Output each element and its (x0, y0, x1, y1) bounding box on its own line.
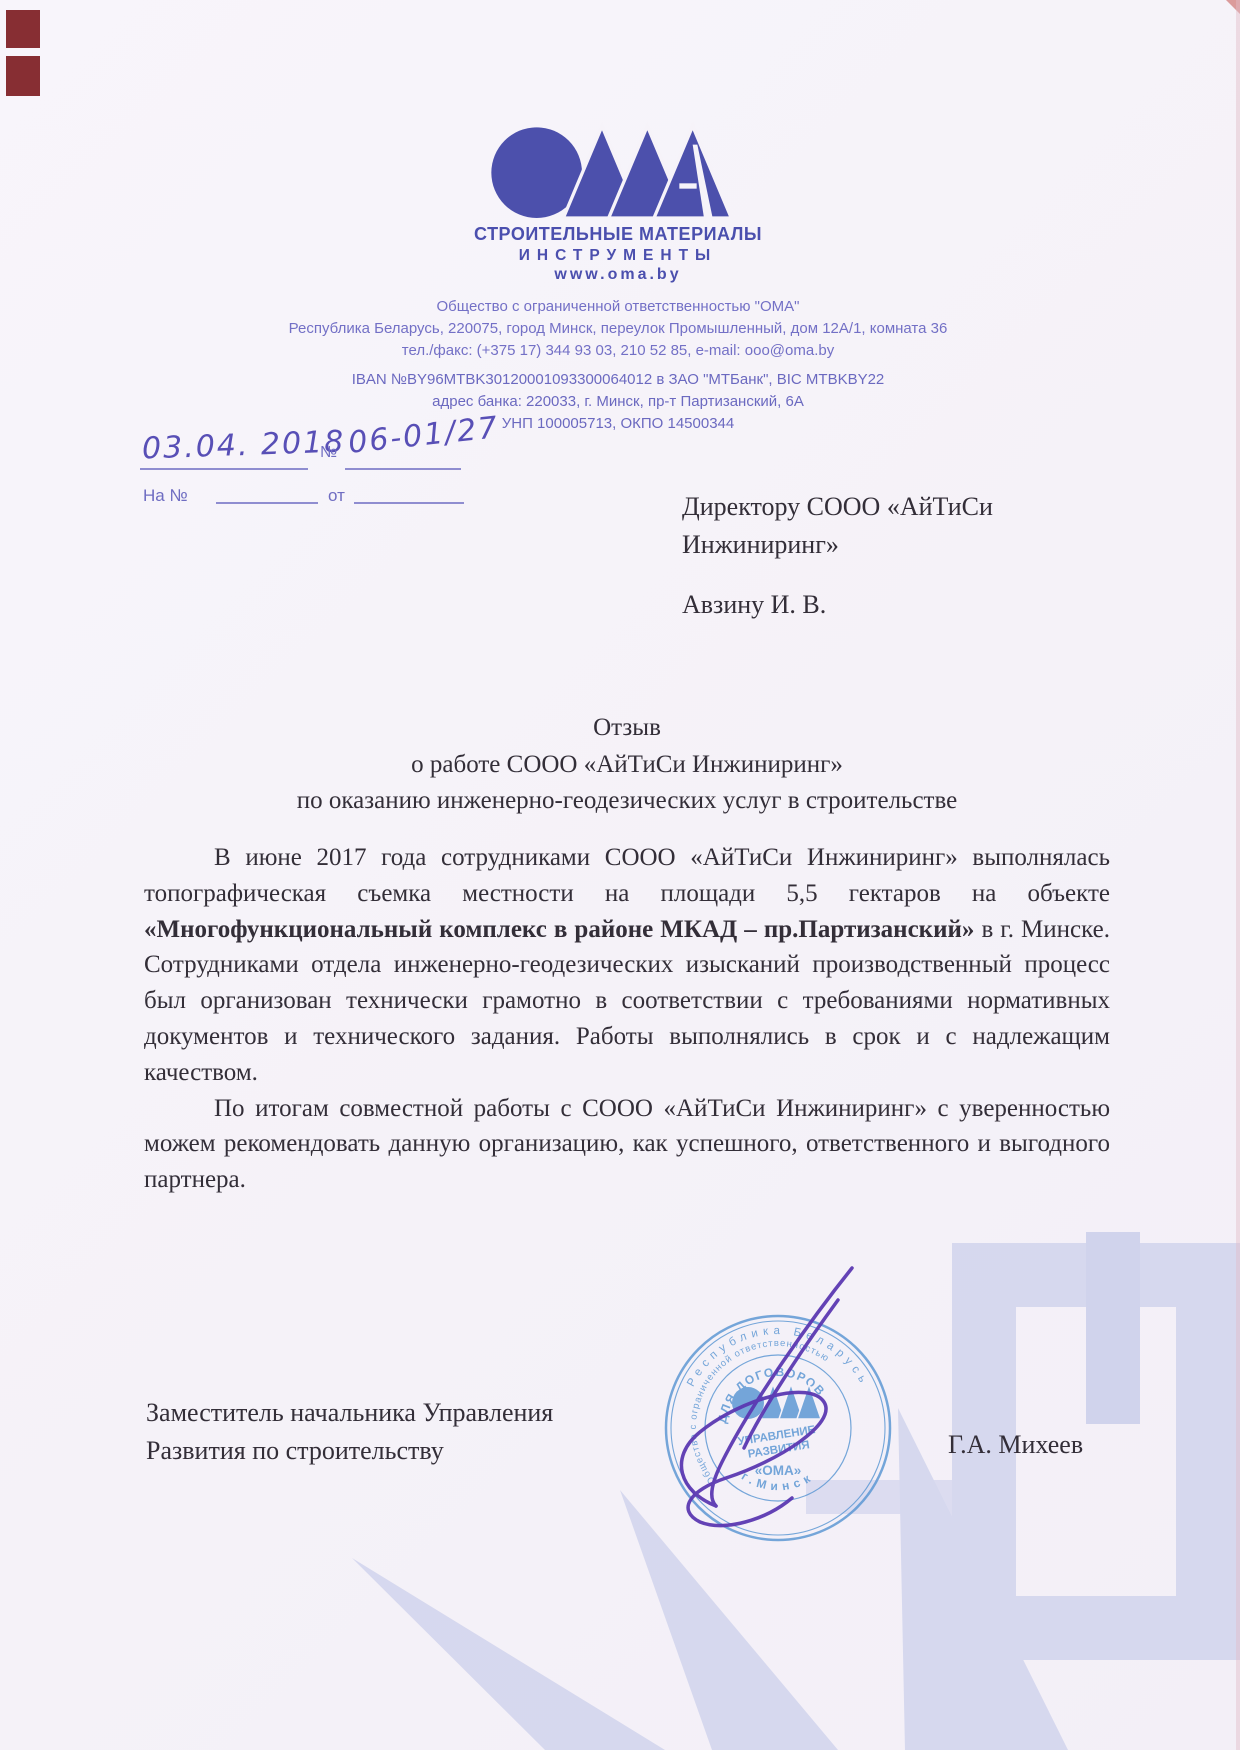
oma-logo (488, 118, 736, 218)
reply-from-label: от (328, 486, 345, 506)
title-line-services: по оказанию инженерно-геодезических услу… (144, 783, 1110, 820)
company-phone-line: тел./факс: (+375 17) 344 93 03, 210 52 8… (0, 340, 1236, 362)
signature-scrawl (600, 1240, 920, 1560)
company-info-block: Общество с ограниченной ответственностью… (0, 296, 1236, 362)
number-underline (345, 468, 461, 470)
recipient-person-name: Авзину И. В. (682, 590, 826, 620)
body-p1-object-bold: «Многофункциональный комплекс в районе М… (144, 916, 974, 943)
recipient-title-line1: Директору СООО «АйТиСи (682, 492, 993, 522)
body-paragraph-2: По итогам совместной работы с СООО «АйТи… (144, 1091, 1110, 1198)
body-p1-start: В июне 2017 года сотрудниками СООО «АйТи… (144, 844, 1110, 907)
date-underline (140, 468, 308, 470)
number-sign-label: № (320, 444, 337, 462)
scanned-letter-page: СТРОИТЕЛЬНЫЕ МАТЕРИАЛЫ ИНСТРУМЕНТЫ www.o… (0, 0, 1240, 1750)
letterhead-tagline-materials: СТРОИТЕЛЬНЫЕ МАТЕРИАЛЫ (0, 224, 1236, 245)
body-paragraph-1: В июне 2017 года сотрудниками СООО «АйТи… (144, 840, 1110, 1091)
signer-position-line1: Заместитель начальника Управления (146, 1394, 553, 1432)
letter-body: В июне 2017 года сотрудниками СООО «АйТи… (144, 840, 1110, 1198)
title-line-otzyv: Отзыв (144, 710, 1110, 747)
company-address-line: Республика Беларусь, 220075, город Минск… (0, 318, 1236, 340)
bank-iban-line: IBAN №BY96MTBK30120001093300064012 в ЗАО… (0, 369, 1236, 391)
document-title: Отзыв о работе СООО «АйТиСи Инжиниринг» … (144, 710, 1110, 820)
signer-position-line2: Развития по строительству (146, 1432, 553, 1470)
red-corner-mark (6, 10, 40, 48)
reply-to-label: На № (143, 486, 188, 506)
signer-name: Г.А. Михеев (948, 1430, 1083, 1460)
signer-position: Заместитель начальника Управления Развит… (146, 1394, 553, 1469)
bank-address-line: адрес банка: 220033, г. Минск, пр-т Парт… (0, 391, 1236, 413)
company-name-line: Общество с ограниченной ответственностью… (0, 296, 1236, 318)
reply-number-blank (216, 502, 318, 504)
letterhead-website: www.oma.by (0, 266, 1236, 284)
recipient-title-line2: Инжиниринг» (682, 530, 839, 560)
handwritten-date: 03.04. 2018 (141, 424, 345, 466)
title-line-company: о работе СООО «АйТиСи Инжиниринг» (144, 747, 1110, 784)
letterhead-tagline-tools: ИНСТРУМЕНТЫ (0, 247, 1236, 265)
red-corner-mark (6, 56, 40, 96)
bank-info-block: IBAN №BY96MTBK30120001093300064012 в ЗАО… (0, 369, 1236, 435)
reply-date-blank (354, 502, 464, 504)
